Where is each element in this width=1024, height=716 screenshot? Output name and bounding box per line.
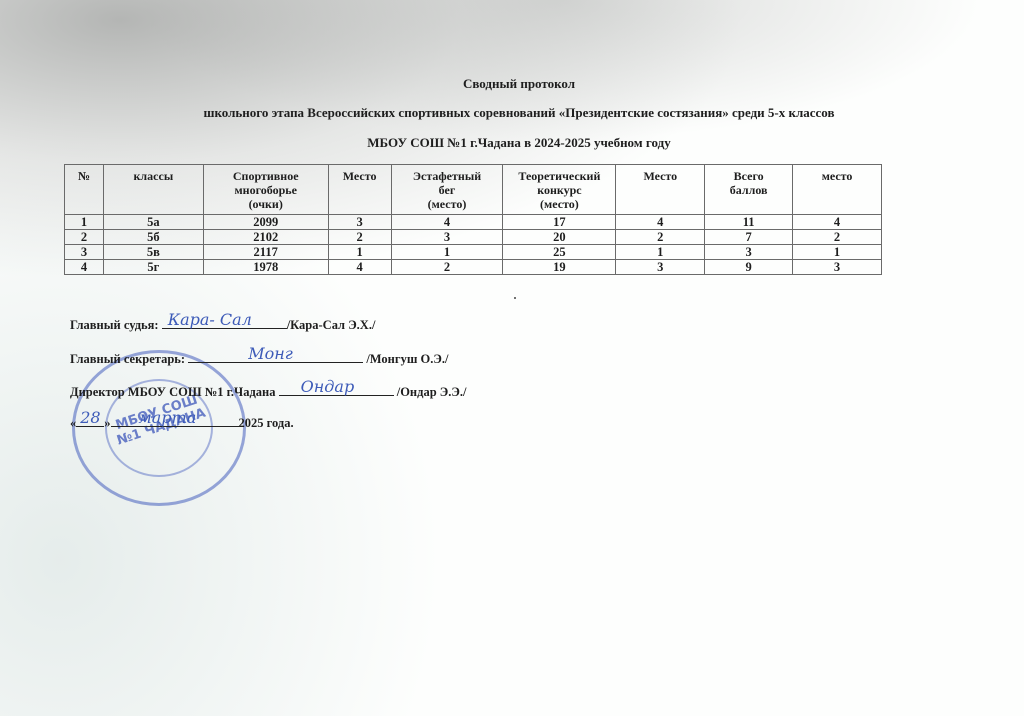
judge-signature-line: Главный судья: Кара- Сал /Кара-Сал Э.Х./ — [70, 316, 375, 333]
column-header-line: Эстафетный — [394, 169, 501, 183]
table-row: 15а209934174114 — [65, 215, 882, 230]
table-cell: 2 — [391, 260, 503, 275]
table-cell: 1 — [793, 245, 882, 260]
table-cell: 7 — [705, 230, 793, 245]
table-cell: 5г — [103, 260, 203, 275]
document-subtitle: школьного этапа Всероссийских спортивных… — [14, 105, 1024, 121]
school-line: МБОУ СОШ №1 г.Чадана в 2024-2025 учебном… — [14, 135, 1024, 151]
secretary-signature-line: Главный секретарь: Монг /Монгуш О.Э./ — [70, 350, 448, 367]
judge-signature-blank: Кара- Сал — [162, 316, 287, 329]
document-title: Сводный протокол — [14, 76, 1024, 92]
column-header-line: Теоретический — [505, 169, 613, 183]
director-signature-blank: Ондар — [279, 383, 394, 396]
stray-dot — [514, 297, 516, 299]
column-header-line: баллов — [707, 183, 790, 197]
judge-label: Главный судья: — [70, 318, 159, 332]
table-cell: 5в — [103, 245, 203, 260]
table-cell: 4 — [328, 260, 391, 275]
table-body: 15а20993417411425б2102232027235в21171125… — [65, 215, 882, 275]
table-cell: 3 — [793, 260, 882, 275]
table-row: 25б21022320272 — [65, 230, 882, 245]
column-header: № — [65, 165, 104, 215]
table-cell: 1 — [391, 245, 503, 260]
table-row: 45г19784219393 — [65, 260, 882, 275]
director-label: Директор МБОУ СОШ №1 г.Чадана — [70, 385, 275, 399]
column-header-line: бег — [394, 183, 501, 197]
table-cell: 19 — [503, 260, 616, 275]
column-header-line: Место — [618, 169, 702, 183]
table-cell: 4 — [616, 215, 705, 230]
column-header-line: конкурс — [505, 183, 613, 197]
column-header-line: классы — [106, 169, 201, 183]
table-cell: 25 — [503, 245, 616, 260]
table-cell: 2102 — [203, 230, 328, 245]
secretary-name: /Монгуш О.Э./ — [366, 352, 448, 366]
column-header-line: Место — [331, 169, 389, 183]
table-cell: 3 — [705, 245, 793, 260]
table-cell: 1 — [328, 245, 391, 260]
column-header-line: (очки) — [206, 197, 326, 211]
table-cell: 9 — [705, 260, 793, 275]
secretary-label: Главный секретарь: — [70, 352, 185, 366]
results-table: №классыСпортивноемногоборье(очки)МестоЭс… — [64, 164, 882, 275]
column-header-line: Всего — [707, 169, 790, 183]
table-cell: 5а — [103, 215, 203, 230]
director-signature-line: Директор МБОУ СОШ №1 г.Чадана Ондар /Онд… — [70, 383, 466, 400]
column-header: Эстафетныйбег(место) — [391, 165, 503, 215]
table-cell: 1 — [616, 245, 705, 260]
table-cell: 2 — [616, 230, 705, 245]
table-cell: 2117 — [203, 245, 328, 260]
table-cell: 3 — [391, 230, 503, 245]
table-cell: 3 — [328, 215, 391, 230]
column-header-line: многоборье — [206, 183, 326, 197]
table-cell: 11 — [705, 215, 793, 230]
table-cell: 4 — [65, 260, 104, 275]
judge-name: /Кара-Сал Э.Х./ — [287, 318, 376, 332]
table-cell: 4 — [793, 215, 882, 230]
judge-handwritten-signature: Кара- Сал — [168, 310, 252, 329]
date-suffix: 2025 года. — [239, 416, 294, 430]
column-header-line: № — [67, 169, 101, 183]
column-header: Теоретическийконкурс(место) — [503, 165, 616, 215]
table-cell: 1 — [65, 215, 104, 230]
column-header-line: место — [795, 169, 879, 183]
table-header-row: №классыСпортивноемногоборье(очки)МестоЭс… — [65, 165, 882, 215]
table-cell: 1978 — [203, 260, 328, 275]
table-cell: 2 — [793, 230, 882, 245]
date-line: «28»марта2025 года. — [70, 414, 294, 431]
column-header-line: (место) — [505, 197, 613, 211]
table-row: 35в21171125131 — [65, 245, 882, 260]
director-name: /Ондар Э.Э./ — [397, 385, 467, 399]
column-header: Всегобаллов — [705, 165, 793, 215]
director-handwritten-signature: Ондар — [301, 377, 355, 396]
secretary-signature-blank: Монг — [188, 350, 363, 363]
table-cell: 5б — [103, 230, 203, 245]
table-cell: 3 — [616, 260, 705, 275]
table-cell: 2099 — [203, 215, 328, 230]
date-day-blank: 28 — [76, 414, 104, 427]
column-header: Место — [328, 165, 391, 215]
column-header: классы — [103, 165, 203, 215]
table-cell: 20 — [503, 230, 616, 245]
secretary-handwritten-signature: Монг — [248, 344, 293, 363]
table-cell: 17 — [503, 215, 616, 230]
column-header-line: (место) — [394, 197, 501, 211]
table-cell: 3 — [65, 245, 104, 260]
column-header: место — [793, 165, 882, 215]
table-cell: 4 — [391, 215, 503, 230]
column-header: Спортивноемногоборье(очки) — [203, 165, 328, 215]
column-header: Место — [616, 165, 705, 215]
date-day: 28 — [80, 408, 100, 427]
date-month-blank: марта — [111, 414, 239, 427]
table-cell: 2 — [65, 230, 104, 245]
date-month: марта — [139, 408, 197, 427]
column-header-line: Спортивное — [206, 169, 326, 183]
table-cell: 2 — [328, 230, 391, 245]
